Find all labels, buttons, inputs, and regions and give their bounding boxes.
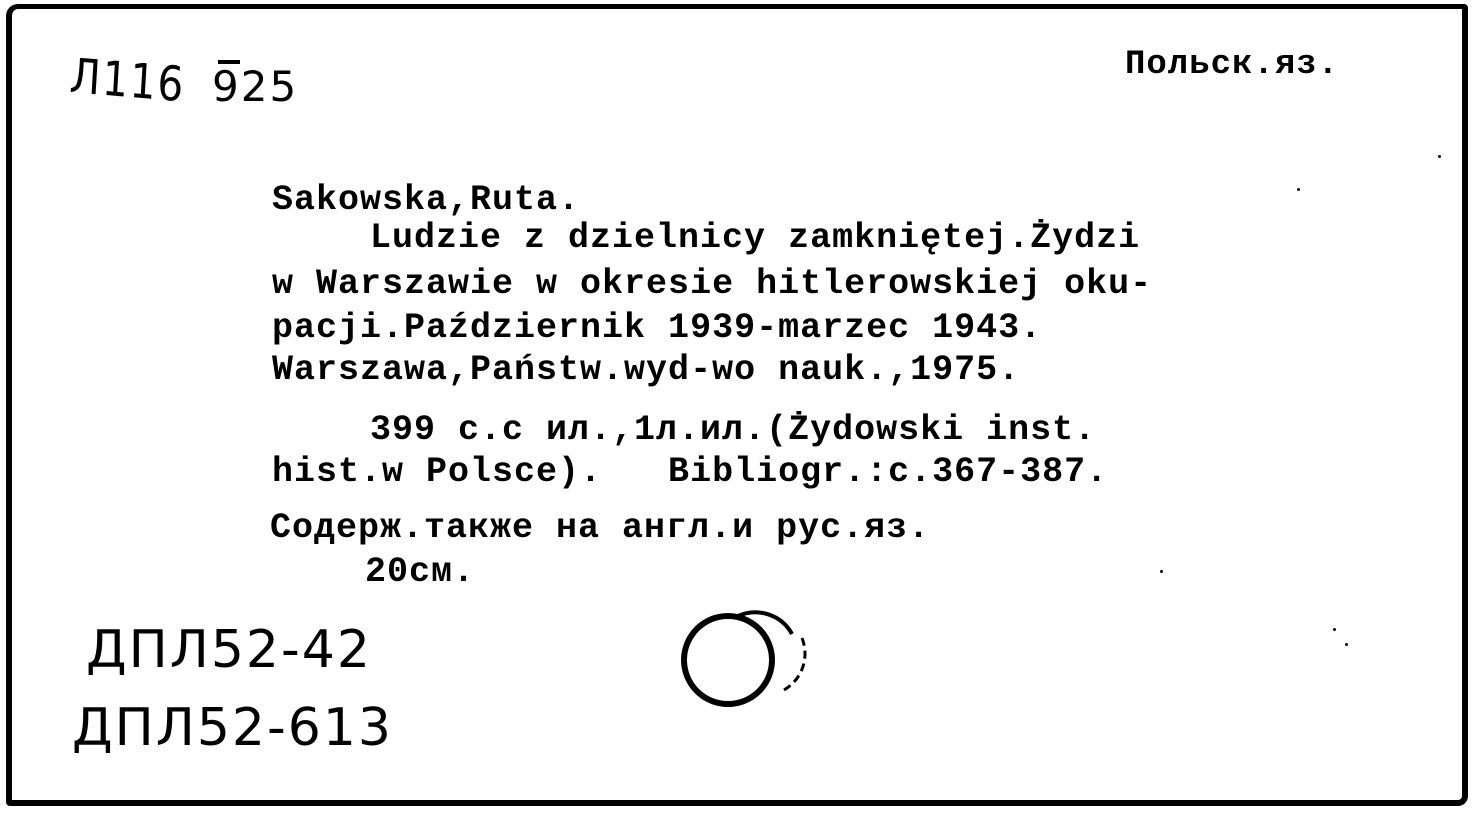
- title-line-1: Ludzie z dzielnicy zamkniętej.Żydzi: [370, 218, 1140, 258]
- speck: [1333, 628, 1336, 631]
- author-heading: Sakowska,Ruta.: [272, 180, 580, 220]
- speck: [1160, 570, 1163, 573]
- call-number-sub: 925: [212, 62, 298, 111]
- speck: [1345, 643, 1348, 646]
- language-note: Польск.яз.: [1125, 46, 1339, 84]
- size-note: 20см.: [365, 552, 475, 592]
- inventory-number-1: ДПЛ52-42: [86, 620, 372, 680]
- contents-note: Содерж.также на англ.и рус.яз.: [270, 508, 930, 548]
- collation-line-2: hist.w Polsce). Bibliogr.:c.367-387.: [272, 452, 1108, 492]
- title-line-3: pacji.Październik 1939-marzec 1943.: [272, 308, 1042, 348]
- call-number-main: Л116: [68, 48, 186, 113]
- inventory-number-2: ДПЛ52-613: [72, 698, 393, 758]
- overline-mark: [218, 60, 240, 64]
- speck: [1297, 188, 1300, 191]
- circle-stamp-icon: [680, 598, 820, 708]
- title-line-2: w Warszawie w okresie hitlerowskiej oku-: [272, 264, 1152, 304]
- collation-line-1: 399 c.c ил.,1л.ил.(Żydowski inst.: [370, 410, 1096, 450]
- speck: [1438, 155, 1441, 158]
- call-number-sub-text: 925: [212, 62, 298, 111]
- imprint-line: Warszawa,Państw.wyd-wo nauk.,1975.: [272, 350, 1020, 390]
